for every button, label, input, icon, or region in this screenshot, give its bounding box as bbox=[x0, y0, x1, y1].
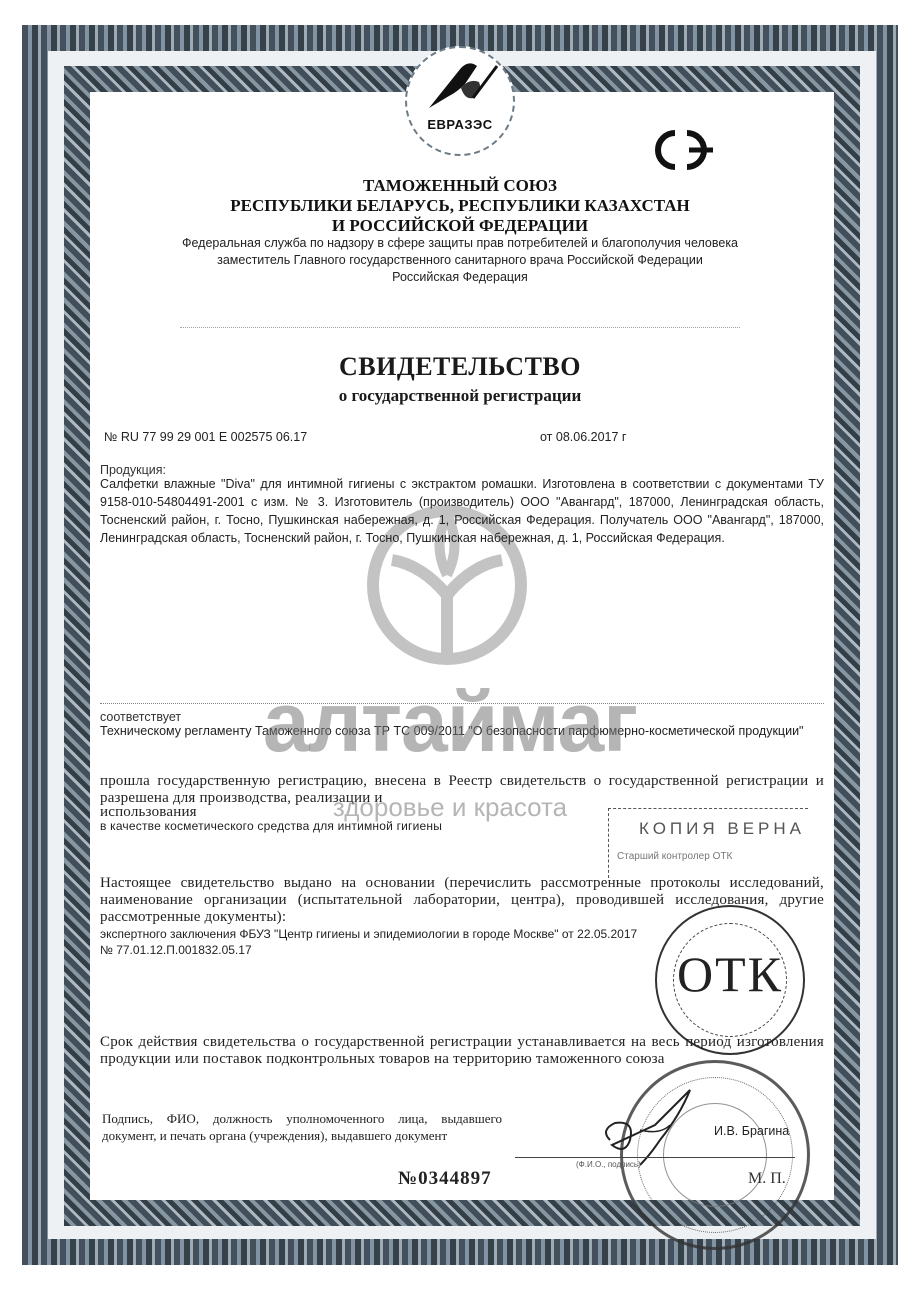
signature-line bbox=[515, 1157, 795, 1158]
otk-stamp-text: ОТК bbox=[657, 945, 803, 1003]
certificate-title: СВИДЕТЕЛЬСТВО bbox=[100, 352, 820, 382]
otk-stamp: ОТК bbox=[655, 905, 805, 1055]
product-section: Продукция: Салфетки влажные "Diva" для и… bbox=[100, 465, 824, 547]
watermark-tagline: здоровье и красота bbox=[250, 793, 650, 821]
union-title-line: ТАМОЖЕННЫЙ СОЮЗ bbox=[100, 176, 820, 196]
union-title-line: РЕСПУБЛИКИ БЕЛАРУСЬ, РЕСПУБЛИКИ КАЗАХСТА… bbox=[100, 196, 820, 216]
seal-placeholder-label: М. П. bbox=[748, 1170, 786, 1188]
union-title-line: И РОССИЙСКОЙ ФЕДЕРАЦИИ bbox=[100, 216, 820, 236]
agency-line: заместитель Главного государственного са… bbox=[100, 252, 820, 269]
signature-hint: (Ф.И.О., подпись) bbox=[576, 1160, 641, 1169]
registration-row: № RU 77 99 29 001 Е 002575 06.17 от 08.0… bbox=[104, 430, 824, 444]
copy-stamp-title: КОПИЯ ВЕРНА bbox=[639, 819, 805, 839]
certificate-subtitle: о государственной регистрации bbox=[100, 386, 820, 406]
divider bbox=[180, 327, 740, 328]
agency-line: Российская Федерация bbox=[100, 269, 820, 286]
signature-label: Подпись, ФИО, должность уполномоченного … bbox=[102, 1110, 502, 1144]
eurasec-bird-icon bbox=[425, 58, 499, 110]
copy-stamp-subtitle: Старший контролер ОТК bbox=[617, 851, 732, 862]
form-serial-number: №0344897 bbox=[398, 1168, 492, 1190]
copy-certified-stamp: КОПИЯ ВЕРНА Старший контролер ОТК bbox=[608, 808, 808, 878]
eurasec-emblem: ЕВРАЗЭС bbox=[405, 46, 515, 156]
certificate-date: от 08.06.2017 г bbox=[540, 430, 626, 444]
product-description: Салфетки влажные "Diva" для интимной гиг… bbox=[100, 475, 824, 547]
watermark-brand: алтаймаг bbox=[200, 680, 700, 764]
emblem-text: ЕВРАЗЭС bbox=[427, 117, 492, 132]
issuing-agency: Федеральная служба по надзору в сфере за… bbox=[100, 235, 820, 286]
signatory-name: И.В. Брагина bbox=[714, 1124, 789, 1138]
certificate-number: № RU 77 99 29 001 Е 002575 06.17 bbox=[104, 430, 307, 444]
product-label: Продукция: bbox=[100, 465, 824, 475]
conformity-mark-icon bbox=[645, 125, 725, 175]
union-title: ТАМОЖЕННЫЙ СОЮЗ РЕСПУБЛИКИ БЕЛАРУСЬ, РЕС… bbox=[100, 176, 820, 236]
agency-line: Федеральная служба по надзору в сфере за… bbox=[100, 235, 820, 252]
